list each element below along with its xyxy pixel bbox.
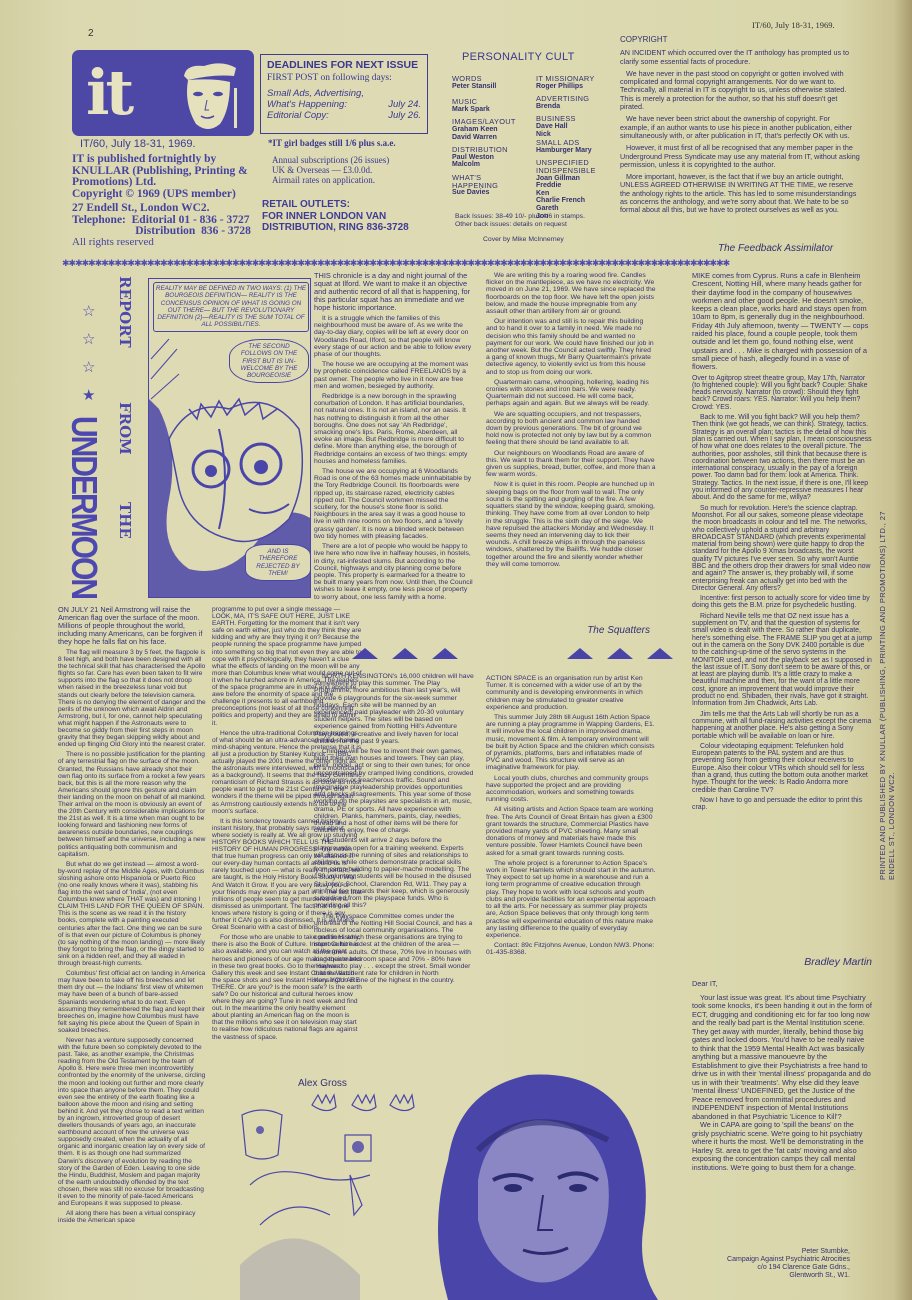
staff-name: Hamburger Mary [536,147,618,155]
copyright-paragraph: We have never been strict about the owne… [620,115,860,140]
deadline-date: July 26. [388,110,421,121]
staff-role: SMALL ADS [536,139,618,147]
article-paragraph: Incentive: first person to actually scor… [692,595,872,610]
article-paragraph: It is a struggle which the families of t… [314,315,474,358]
signer-address: c/o 194 Clarence Gate Gdns., [700,1264,850,1272]
signer-organisation: Campaign Against Psychiatric Atrocities [700,1256,850,1264]
staff-name: Ken [536,190,618,198]
cover-credit: Cover by Mike McInnerney [483,236,564,244]
article-paragraph: We are writing this by a roaring wood fi… [486,272,656,315]
title-word-from: FROM [116,402,134,455]
letter-paragraph: We in CAPA are going to 'spill the beans… [692,1121,872,1172]
article-paragraph: Local youth clubs, churches and communit… [486,775,656,804]
title-undermoon: UNDERMOON [63,416,104,598]
article-paragraph: Back to me. Will you fight back? Will yo… [692,414,872,502]
staff-role: WHAT'S HAPPENING [452,174,502,189]
deadline-label: Small Ads, Advertising, [267,88,364,99]
title-word-report: REPORT [116,276,134,348]
triangle-icon [607,648,633,659]
squat-column-b: We are writing this by a roaring wood fi… [486,272,656,571]
it-girl-face-icon [174,54,244,136]
bradley-martin-column: MIKE comes from Cyprus. Runs a cafe in B… [692,272,872,814]
letter-paragraph: Your last issue was great. It's about ti… [692,994,872,1122]
article-paragraph: Now it is quiet in this room. People are… [486,481,656,567]
retail-outlets: RETAIL OUTLETS: FOR INNER LONDON VAN DIS… [262,199,409,234]
article-paragraph: This summer July 28th till August 16th A… [486,714,656,772]
staff-role: DISTRIBUTION [452,146,532,154]
article-paragraph: Over to Agitprop street theatre group, M… [692,375,872,411]
issue-date-right: IT/60, July 18-31, 1969. [752,20,835,30]
comic-illustration: REALITY MAY BE DEFINED IN TWO WAYS: (1) … [148,278,311,598]
staff-role: UNSPECIFIED INDISPENSIBLE [536,159,602,174]
title-word-the: THE [116,502,134,539]
deadline-date: July 24. [388,99,421,110]
copyright-heading: COPYRIGHT [620,36,860,44]
deadline-list: Small Ads, Advertising, What's Happening… [267,88,421,121]
article-paragraph: Redbridge is a new borough in the sprawl… [314,393,474,465]
article-title-undermoon: REPORT FROM THE UNDERMOON [92,276,140,606]
squat-column-a: THIS chronicle is a day and night journa… [314,272,474,604]
letter-signature: Peter Stumbke, Campaign Against Psychiat… [700,1248,850,1280]
staff-name: Roger Phillips [536,83,618,91]
staff-name: Mark Spark [452,106,532,114]
letter-salutation: Dear IT, [692,980,872,989]
staff-name: Malcolm [452,161,532,169]
article-paragraph: The Playspace Committee comes under the … [314,913,474,985]
copyright-paragraph: However, it must first of all be recogni… [620,144,860,169]
copyright-paragraph: We have never in the past stood on copyr… [620,70,860,111]
decorative-illustration-icon [240,1085,440,1300]
article-paragraph: Colour videotaping equipment: Telefunken… [692,743,872,794]
subs-line: Airmail rates on application. [272,175,389,185]
staff-name: Peter Stansill [452,83,532,91]
staff-role: WORDS [452,75,532,83]
article-paragraph: Richard Neville tells me that OZ next is… [692,613,872,708]
triangle-icon [392,648,418,659]
triangle-icon [352,648,378,659]
article-paragraph: ON JULY 21 Neil Armstrong will raise the… [58,606,206,646]
back-issues-info: Back Issues: 38-49 10/- plus 4/6 in stam… [455,213,585,229]
article-paragraph: Quartermain came, whooping, hollering, l… [486,379,656,408]
staff-role: ADVERTISING [536,95,618,103]
article-paragraph: Columbus' first official act on landing … [58,970,206,1034]
staff-name: Brenda [536,103,618,111]
triangle-icon [432,648,458,659]
newspaper-page: 2 IT/60, July 18-31, 1969. it IT/60, Jul… [0,0,912,1300]
comic-speech-bubble: AND IS THEREFORE REJECTED BY THEM! [245,544,311,581]
logo-text: it [86,58,130,128]
staff-name: Graham Keen [452,126,532,134]
north-kensington-article: NORTH KENSINGTON's 16,000 children will … [314,673,474,988]
triangle-divider [345,646,465,664]
back-issues-line: Back Issues: 38-49 10/- plus 4/6 in stam… [455,213,585,221]
back-issues-line: Other back issues: details on request [455,221,585,229]
copyright-paragraph: AN INCIDENT which occurred over the IT a… [620,49,860,66]
staff-name: Paul Weston [452,154,532,162]
personality-cult-title: PERSONALITY CULT [462,51,575,63]
deadlines-subtitle: FIRST POST on following days: [267,73,421,83]
article-paragraph: Jim tells me that the Arts Lab will shor… [692,711,872,740]
rights-reserved: All rights reserved [72,236,154,248]
staff-role: BUSINESS [536,115,618,123]
article-paragraph: We are squatting occupiers, and not tres… [486,411,656,447]
deadline-label: Editorial Copy: [267,110,329,121]
retail-line: RETAIL OUTLETS: [262,199,409,211]
staff-name: Sue Davies [452,189,532,197]
portrait-photo [418,1030,658,1300]
article-paragraph: All along there has been a virtual consp… [58,1210,206,1224]
signer-name: Peter Stumbke, [700,1248,850,1256]
article-paragraph: There is no possible justification for t… [58,751,206,857]
subs-line: Annual subscriptions (26 issues) [272,155,389,165]
comic-speech-bubble: THE SECOND FOLLOWS ON THE FIRST BUT IS U… [229,339,309,383]
deadlines-title: DEADLINES FOR NEXT ISSUE [267,59,421,71]
signer-address: Glentworth St., W1. [700,1272,850,1280]
article-paragraph: There are a lot of people who would be h… [314,543,474,601]
staff-name: Dave Hall [536,123,618,131]
squatters-signature: The Squatters [560,625,650,636]
article-paragraph: So much for revolution. Here's the scien… [692,505,872,593]
deadline-row: Editorial Copy:July 26. [267,110,421,121]
printer-credit-vertical: PRINTED AND PUBLISHED BY KNULLAR (PUBLIS… [878,480,896,880]
article-paragraph: ACTION SPACE is an organisation run by a… [486,675,656,711]
article-paragraph: THIS chronicle is a day and night journa… [314,272,474,312]
article-paragraph: Our neighbours on Woodlands Road are awa… [486,450,656,479]
publisher-info: IT is published fortnightly by KNULLAR (… [72,154,262,200]
article-paragraph: The flag will measure 3 by 5 feet, the f… [58,649,206,748]
page-number: 2 [88,28,94,39]
staff-list-left: WORDS Peter Stansill MUSIC Mark Spark IM… [452,75,532,197]
subscriptions-info: Annual subscriptions (26 issues) UK & Ov… [272,155,389,185]
article-paragraph: The house we are occupying at 6 Woodland… [314,468,474,540]
staff-name: Joan Gillman [536,175,618,183]
retail-line: DISTRIBUTION, RING 836-3728 [262,222,409,234]
triangle-icon [647,648,673,659]
article-paragraph: MIKE comes from Cyprus. Runs a cafe in B… [692,272,872,372]
copyright-text: Copyright © 1969 (UPS member) [72,189,262,201]
comic-caption: REALITY MAY BE DEFINED IN TWO WAYS: (1) … [153,282,309,332]
staff-name: David Warren [452,134,532,142]
star-divider: ✱✱✱✱✱✱✱✱✱✱✱✱✱✱✱✱✱✱✱✱✱✱✱✱✱✱✱✱✱✱✱✱✱✱✱✱✱✱✱✱… [62,258,904,268]
deadlines-box: DEADLINES FOR NEXT ISSUE FIRST POST on f… [260,54,428,134]
issue-line: IT/60, July 18-31, 1969. [80,138,196,150]
staff-role: MUSIC [452,98,532,106]
article-paragraph: The whole project is a forerunner to Act… [486,860,656,939]
letter-to-it: Dear IT, Your last issue was great. It's… [692,980,872,1172]
retail-line: FOR INNER LONDON VAN [262,211,409,223]
article-paragraph: The house we are occupying at the moment… [314,361,474,390]
contact-block: 27 Endell St., London WC2.Telephone: Edi… [72,203,251,238]
address-text: 27 Endell St., London WC2. [72,203,251,215]
article-paragraph: Contact: 89c Fitzjohns Avenue, London NW… [486,942,656,956]
staff-name: Charlie French [536,197,618,205]
article-paragraph: All students will arrive 2 days before t… [314,837,474,909]
article-paragraph: Children will be free to invent their ow… [314,748,474,834]
triangle-divider [560,646,680,664]
feedback-signature: The Feedback Assimilator [718,243,833,254]
badges-note: *IT girl badges still 1/6 plus s.a.e. [268,138,396,148]
staff-name: Gareth [536,205,618,213]
action-space-article: ACTION SPACE is an organisation run by a… [486,675,656,960]
bradley-martin-signature: Bradley Martin [760,956,872,968]
undermoon-column-1: ON JULY 21 Neil Armstrong will raise the… [58,606,206,1227]
publisher-text: IT is published fortnightly by KNULLAR (… [72,154,262,189]
triangle-icon [567,648,593,659]
article-paragraph: Our intention was and still is to repair… [486,318,656,376]
subs-line: UK & Overseas — £3.0.0d. [272,165,389,175]
deadline-row: Small Ads, Advertising, [267,88,421,99]
article-paragraph: NORTH KENSINGTON's 16,000 children will … [314,673,474,745]
article-paragraph: All visiting artists and Action Space te… [486,806,656,856]
copyright-notice: COPYRIGHT AN INCIDENT which occurred ove… [620,36,860,219]
article-paragraph: Now I have to go and persuade the editor… [692,797,872,812]
staff-role: IT MISSIONARY [536,75,618,83]
deadline-row: What's Happening:July 24. [267,99,421,110]
deadline-label: What's Happening: [267,99,347,110]
staff-role: IMAGES/LAYOUT [452,118,532,126]
copyright-paragraph: More important, however, is the fact tha… [620,173,860,214]
it-logo: it [72,50,254,136]
staff-name: Nick [536,131,618,139]
staff-name: Freddie [536,182,618,190]
staff-list-right: IT MISSIONARY Roger Phillips ADVERTISING… [536,75,618,220]
article-paragraph: But what do we get instead — almost a wo… [58,861,206,967]
article-paragraph: Never has a venture supposedly concerned… [58,1037,206,1207]
